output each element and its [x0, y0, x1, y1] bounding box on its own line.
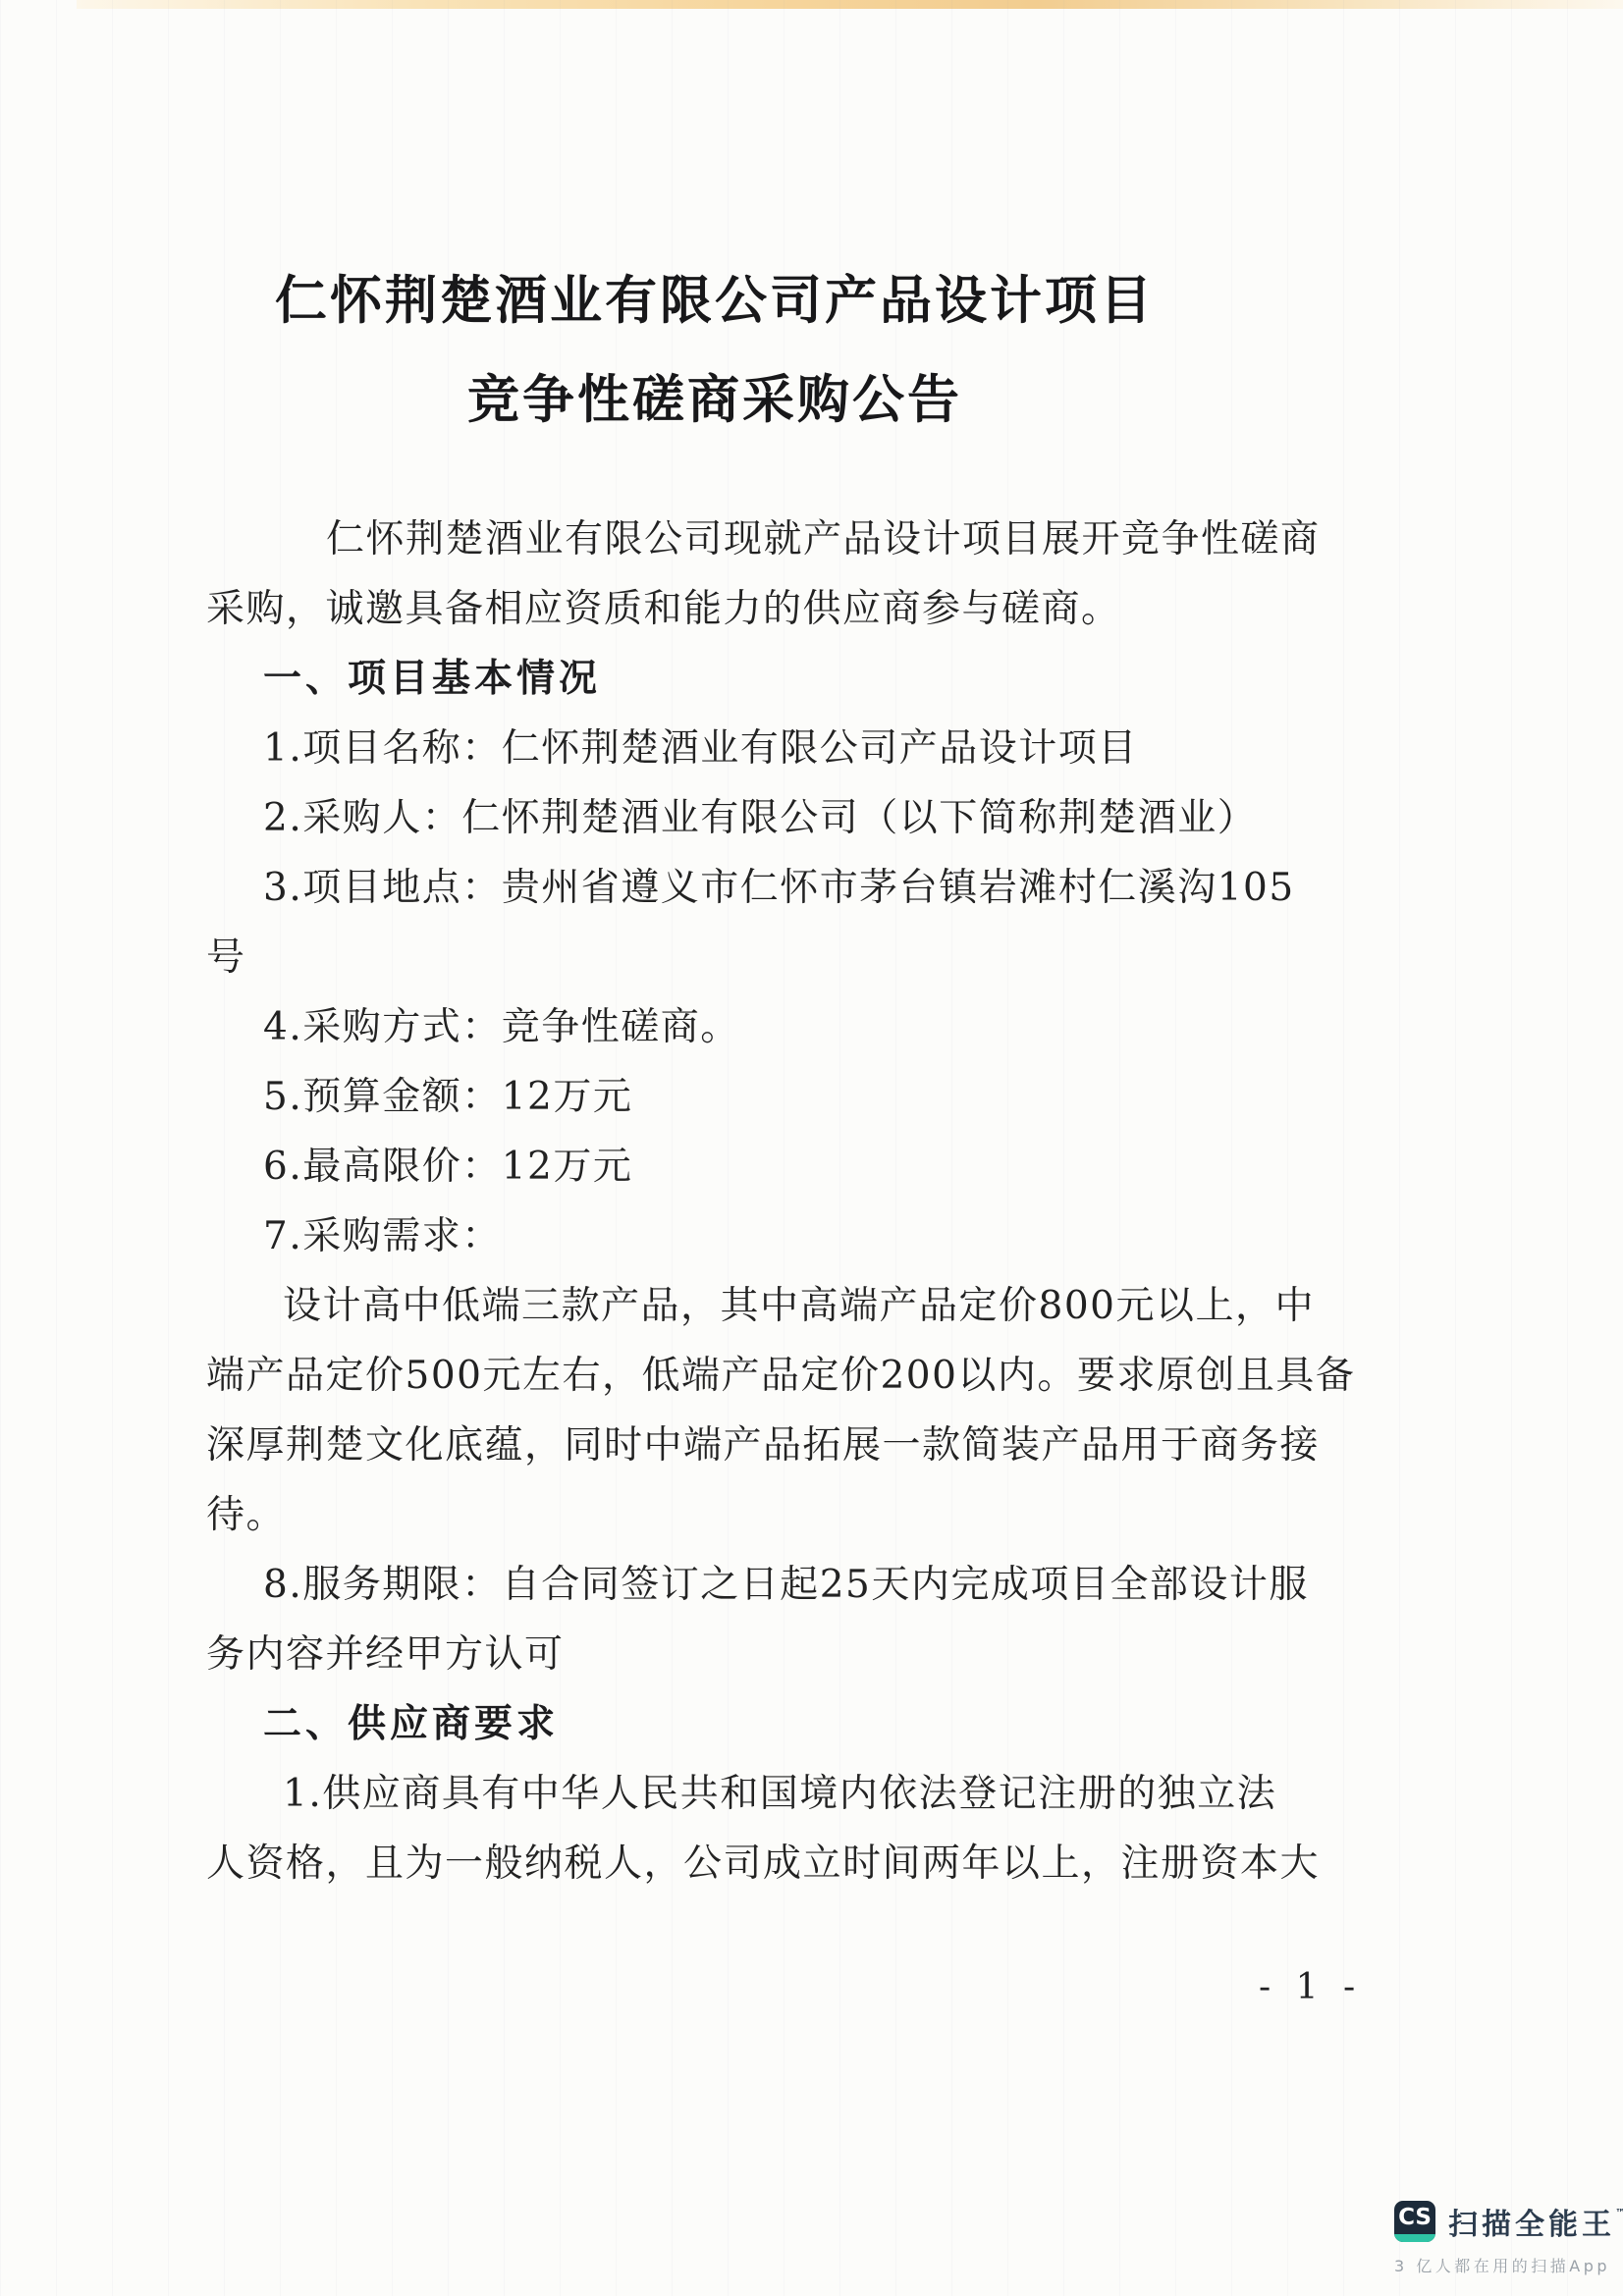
- scan-artifact-strip: [77, 0, 1623, 9]
- camscanner-app-name: 扫描全能王™: [1448, 2200, 1623, 2243]
- trademark-symbol: ™: [1615, 2207, 1623, 2219]
- doc-line: 深厚荆楚文化底蕴，同时中端产品拓展一款简装产品用于商务接: [206, 1411, 1286, 1480]
- camscanner-tagline: 3 亿人都在用的扫描App: [1394, 2254, 1610, 2276]
- doc-line: 端产品定价500元左右，低端产品定价200以内。要求原创且具备: [206, 1341, 1286, 1411]
- doc-line: 1.项目名称：仁怀荆楚酒业有限公司产品设计项目: [206, 714, 1286, 783]
- section-heading-2: 二、供应商要求: [206, 1689, 1286, 1759]
- page-number: - 1 -: [1259, 1967, 1362, 2007]
- document-title-line-2: 竞争性磋商采购公告: [204, 350, 1225, 450]
- doc-line: 4.采购方式：竞争性磋商。: [206, 992, 1286, 1062]
- cs-logo-accent-bar: [1394, 2234, 1435, 2242]
- camscanner-logo-icon: CS: [1394, 2201, 1435, 2242]
- doc-line: 设计高中低端三款产品，其中高端产品定价800元以上，中: [206, 1271, 1286, 1341]
- doc-line: 7.采购需求：: [206, 1201, 1286, 1271]
- doc-line: 3.项目地点：贵州省遵义市仁怀市茅台镇岩滩村仁溪沟105: [206, 853, 1286, 923]
- doc-line: 待。: [206, 1480, 1286, 1550]
- document-title-line-1: 仁怀荆楚酒业有限公司产品设计项目: [204, 251, 1225, 350]
- document-body: 仁怀荆楚酒业有限公司现就产品设计项目展开竞争性磋商 采购，诚邀具备相应资质和能力…: [206, 505, 1286, 1898]
- doc-line: 8.服务期限：自合同签订之日起25天内完成项目全部设计服: [206, 1550, 1286, 1620]
- doc-line: 务内容并经甲方认可: [206, 1620, 1286, 1689]
- doc-line: 6.最高限价：12万元: [206, 1132, 1286, 1201]
- cs-logo-letters: CS: [1394, 2201, 1435, 2234]
- scanned-document-page: 仁怀荆楚酒业有限公司产品设计项目 竞争性磋商采购公告 仁怀荆楚酒业有限公司现就产…: [0, 0, 1623, 2296]
- doc-line: 号: [206, 923, 1286, 992]
- section-heading-1: 一、项目基本情况: [206, 644, 1286, 714]
- doc-line: 仁怀荆楚酒业有限公司现就产品设计项目展开竞争性磋商: [206, 505, 1286, 574]
- doc-line: 1.供应商具有中华人民共和国境内依法登记注册的独立法: [206, 1759, 1286, 1829]
- document-title: 仁怀荆楚酒业有限公司产品设计项目 竞争性磋商采购公告: [204, 251, 1225, 450]
- doc-line: 采购，诚邀具备相应资质和能力的供应商参与磋商。: [206, 574, 1286, 644]
- doc-line: 人资格，且为一般纳税人，公司成立时间两年以上，注册资本大: [206, 1829, 1286, 1898]
- doc-line: 5.预算金额：12万元: [206, 1062, 1286, 1132]
- doc-line: 2.采购人：仁怀荆楚酒业有限公司（以下简称荆楚酒业）: [206, 783, 1286, 853]
- camscanner-watermark: CS 扫描全能王™ 3 亿人都在用的扫描App: [1394, 2200, 1610, 2276]
